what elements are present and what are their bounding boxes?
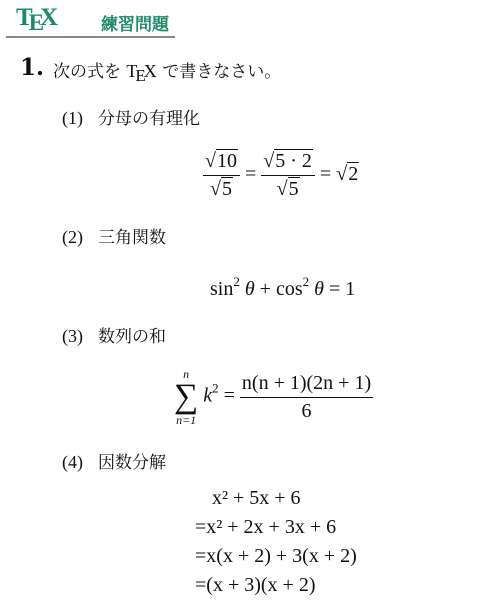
exponent: 2: [303, 274, 310, 289]
page-header: TEX 練習問題: [6, 0, 175, 38]
item-number: (3): [62, 326, 98, 347]
fraction: n(n + 1)(2n + 1) 6: [240, 372, 373, 423]
cos: cos: [276, 278, 303, 300]
equals-sign: =: [245, 163, 256, 185]
theta: θ: [314, 278, 324, 300]
question-text-before: 次の式を: [53, 62, 121, 82]
sum-lower: n=1: [174, 414, 198, 426]
denominator: 6: [240, 398, 373, 423]
tex-e: E: [135, 66, 145, 86]
equation-trig: sin2 θ + cos2 θ = 1: [210, 278, 355, 301]
page-title: 練習問題: [101, 10, 169, 35]
item-number: (4): [62, 452, 98, 473]
question-text: 次の式を TEX で書きなさい。: [53, 57, 281, 82]
item-number: (2): [62, 227, 98, 248]
equals-sign: =: [224, 385, 235, 407]
question-text-after: で書きなさい。: [162, 62, 281, 82]
term: k: [203, 385, 212, 407]
item-label: 分母の有理化: [98, 109, 200, 129]
item-label: 三角関数: [98, 228, 166, 248]
logo-e: E: [29, 10, 43, 36]
sqrt-radicand: 5 · 2: [274, 149, 313, 172]
sin: sin: [210, 278, 233, 300]
sqrt-radicand: 5: [288, 177, 300, 200]
tex-logo: TEX: [16, 4, 57, 32]
sqrt-radicand: 10: [216, 149, 238, 172]
tex-inline-logo: TEX: [126, 61, 156, 81]
question-number: 1.: [20, 54, 44, 81]
theta: θ: [245, 278, 255, 300]
plus-sign: +: [260, 278, 271, 300]
sigma-symbol: ∑: [174, 380, 198, 414]
fraction: √5 · 2 √5: [261, 150, 315, 201]
factorization-steps: x² + 5x + 6 =x² + 2x + 3x + 6 =x(x + 2) …: [195, 487, 357, 603]
equals-sign: =: [320, 163, 331, 185]
item-label: 数列の和: [98, 327, 166, 347]
sqrt-radicand: 5: [221, 177, 233, 200]
factor-line: =x(x + 2) + 3(x + 2): [195, 545, 357, 574]
exponent: 2: [233, 274, 240, 289]
factor-line: =(x + 3)(x + 2): [195, 574, 357, 603]
equals-sign: =: [329, 278, 340, 300]
sqrt-radicand: 2: [347, 162, 359, 185]
rhs: 1: [345, 278, 355, 300]
factor-line: =x² + 2x + 3x + 6: [195, 516, 357, 545]
factor-line: x² + 5x + 6: [195, 487, 357, 516]
fraction: √10 √5: [203, 150, 240, 201]
exponent: 2: [212, 381, 219, 396]
item-heading-1: (1)分母の有理化: [62, 104, 200, 129]
item-heading-3: (3)数列の和: [62, 322, 166, 347]
item-heading-2: (2)三角関数: [62, 223, 166, 248]
equation-rationalize: √10 √5 = √5 · 2 √5 = √2: [203, 150, 359, 201]
item-label: 因数分解: [98, 453, 166, 473]
item-number: (1): [62, 108, 98, 129]
summation: n ∑ n=1: [174, 368, 198, 426]
equation-series-sum: n ∑ n=1 k2 = n(n + 1)(2n + 1) 6: [174, 368, 373, 426]
item-heading-4: (4)因数分解: [62, 448, 166, 473]
numerator: n(n + 1)(2n + 1): [240, 372, 373, 398]
